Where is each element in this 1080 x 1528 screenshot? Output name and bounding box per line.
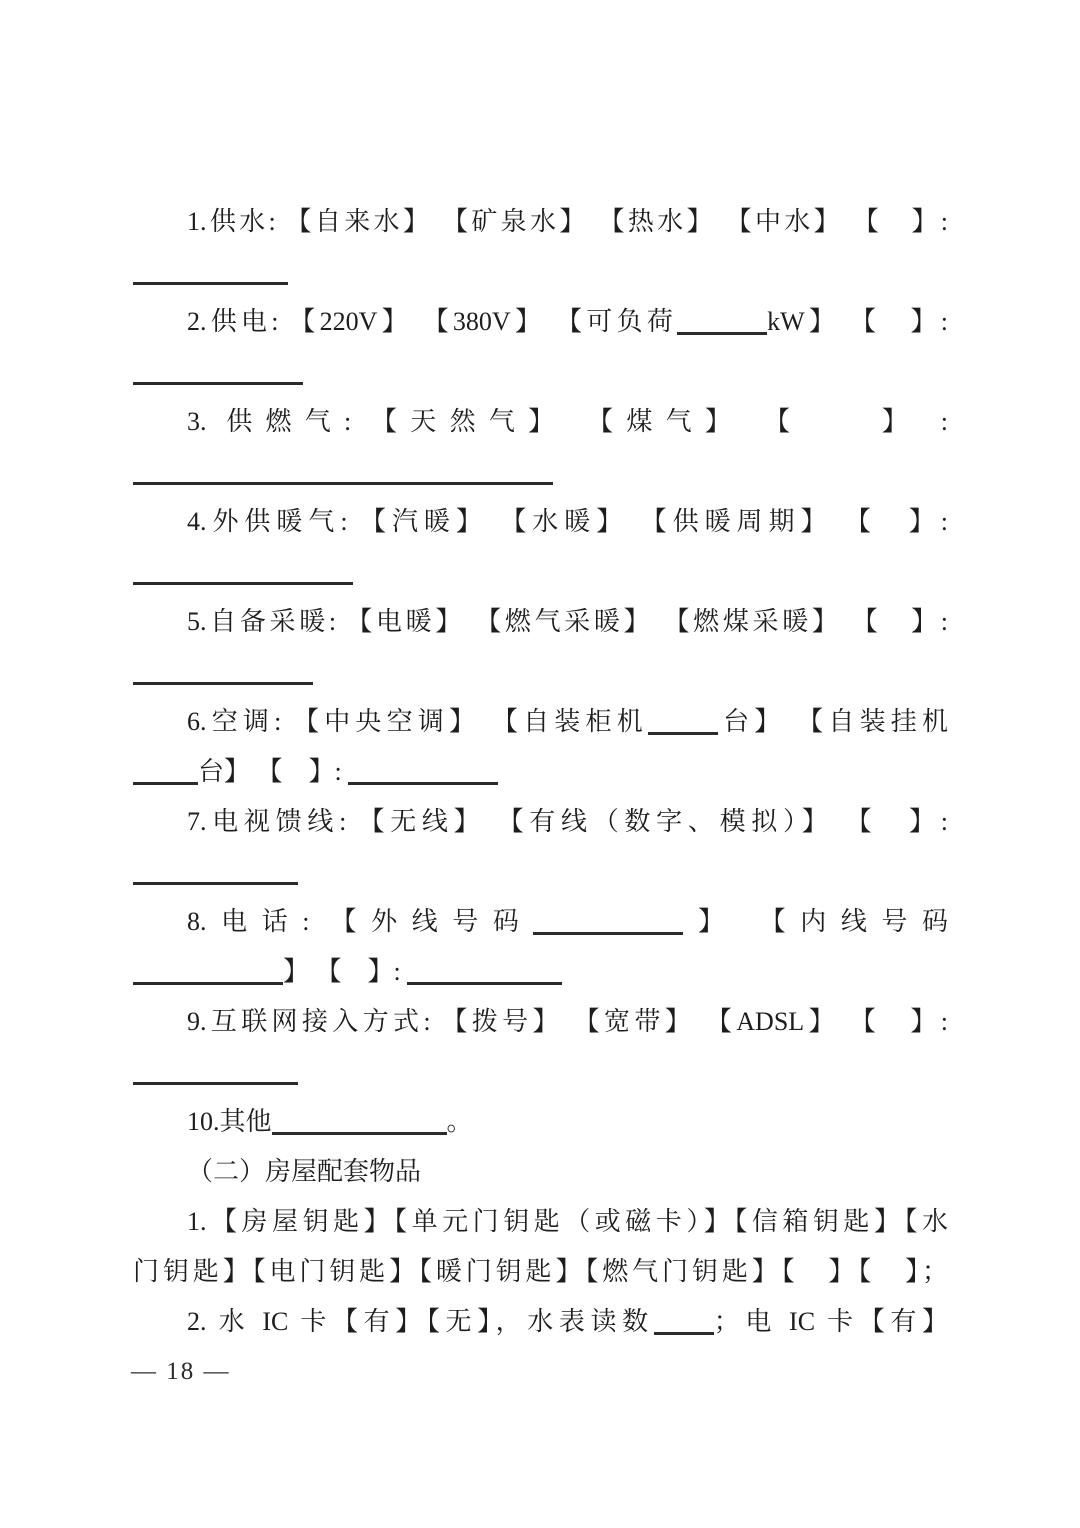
text-segment: 7.电视馈线: 【无线】 【有线（数字、模拟）】 【 】: (187, 807, 948, 836)
text-segment: 5.自备采暖: 【电暖】 【燃气采暖】 【燃煤采暖】 【 】: (187, 607, 948, 636)
item-2-fill-line (133, 347, 948, 397)
blank-field (133, 856, 298, 885)
text-segment: 1.供水: 【自来水】 【矿泉水】 【热水】 【中水】 【 】: (187, 207, 948, 236)
item-10-other: 10.其他。 (133, 1097, 948, 1147)
document-body: 1.供水: 【自来水】 【矿泉水】 【热水】 【中水】 【 】:2.供电: 【2… (133, 197, 948, 1347)
item-2-power-supply: 2.供电: 【220V】 【380V】 【可负荷kW】 【 】: (133, 297, 948, 347)
item-4-external-heating: 4.外供暖气: 【汽暖】 【水暖】 【供暖周期】 【 】: (133, 497, 948, 547)
text-segment: 】 【内线号码 (683, 907, 948, 936)
blank-field (133, 256, 288, 285)
item-7-fill-line (133, 847, 948, 897)
document-page: 1.供水: 【自来水】 【矿泉水】 【热水】 【中水】 【 】:2.供电: 【2… (0, 0, 1080, 1528)
blank-field (677, 306, 767, 335)
text-segment: 】 【 】: (283, 957, 407, 986)
text-segment: 2. 水 IC 卡【有】【无】，水表读数 (187, 1307, 654, 1336)
item-9-internet-access: 9.互联网接入方式: 【拨号】 【宽带】 【ADSL】 【 】: (133, 997, 948, 1047)
text-segment: 10.其他 (187, 1107, 272, 1136)
blank-field (533, 906, 683, 935)
text-segment: 1.【房屋钥匙】【单元门钥匙（或磁卡）】【信箱钥匙】【水 (187, 1207, 948, 1236)
text-segment: 3. 供燃气: 【天然气】 【煤气】 【 】 : (187, 407, 948, 436)
item-3-gas-supply: 3. 供燃气: 【天然气】 【煤气】 【 】 : (133, 397, 948, 447)
blank-field (654, 1306, 714, 1335)
blank-field (648, 706, 718, 735)
text-segment: 2.供电: 【220V】 【380V】 【可负荷 (187, 307, 677, 336)
item-8-telephone: 8.电话: 【外线号码】 【内线号码 (133, 897, 948, 947)
blank-field (272, 1106, 447, 1135)
blank-field (133, 956, 283, 985)
item-7-tv-cable: 7.电视馈线: 【无线】 【有线（数字、模拟）】 【 】: (133, 797, 948, 847)
blank-field (407, 956, 562, 985)
item-1-water-supply: 1.供水: 【自来水】 【矿泉水】 【热水】 【中水】 【 】: (133, 197, 948, 247)
blank-field (133, 656, 313, 685)
ic-card-item-2: 2. 水 IC 卡【有】【无】，水表读数；电 IC 卡【有】 (133, 1297, 948, 1347)
item-6-air-conditioning: 6.空调: 【中央空调】 【自装柜机台】 【自装挂机 (133, 697, 948, 747)
blank-field (133, 756, 198, 785)
item-6-continuation: 台】 【 】: (133, 747, 948, 797)
item-1-fill-line (133, 247, 948, 297)
text-segment: 台】 【 】: (198, 757, 348, 786)
keys-item-1-continuation: 门钥匙】【电门钥匙】【暖门钥匙】【燃气门钥匙】【 】【 】； (133, 1247, 948, 1297)
item-5-self-heating: 5.自备采暖: 【电暖】 【燃气采暖】 【燃煤采暖】 【 】: (133, 597, 948, 647)
blank-field (133, 356, 303, 385)
item-9-fill-line (133, 1047, 948, 1097)
text-segment: 9.互联网接入方式: 【拨号】 【宽带】 【ADSL】 【 】: (187, 1007, 948, 1036)
page-number: — 18 — (131, 1352, 231, 1392)
item-3-fill-line (133, 447, 948, 497)
blank-field (133, 456, 553, 485)
section-heading-2: （二）房屋配套物品 (133, 1147, 948, 1197)
text-segment: 台】 【自装挂机 (718, 707, 948, 736)
blank-field (133, 556, 353, 585)
item-8-continuation: 】 【 】: (133, 947, 948, 997)
text-segment: （二）房屋配套物品 (187, 1157, 421, 1186)
item-4-fill-line (133, 547, 948, 597)
blank-field (348, 756, 498, 785)
text-segment: kW】 【 】: (767, 307, 948, 336)
text-segment: 。 (447, 1107, 473, 1136)
text-segment: 4.外供暖气: 【汽暖】 【水暖】 【供暖周期】 【 】: (187, 507, 948, 536)
blank-field (133, 1056, 298, 1085)
text-segment: 8.电话: 【外线号码 (187, 907, 533, 936)
text-segment: 6.空调: 【中央空调】 【自装柜机 (187, 707, 648, 736)
keys-item-1: 1.【房屋钥匙】【单元门钥匙（或磁卡）】【信箱钥匙】【水 (133, 1197, 948, 1247)
text-segment: ；电 IC 卡【有】 (714, 1307, 948, 1336)
text-segment: 门钥匙】【电门钥匙】【暖门钥匙】【燃气门钥匙】【 】【 】； (133, 1257, 948, 1286)
item-5-fill-line (133, 647, 948, 697)
